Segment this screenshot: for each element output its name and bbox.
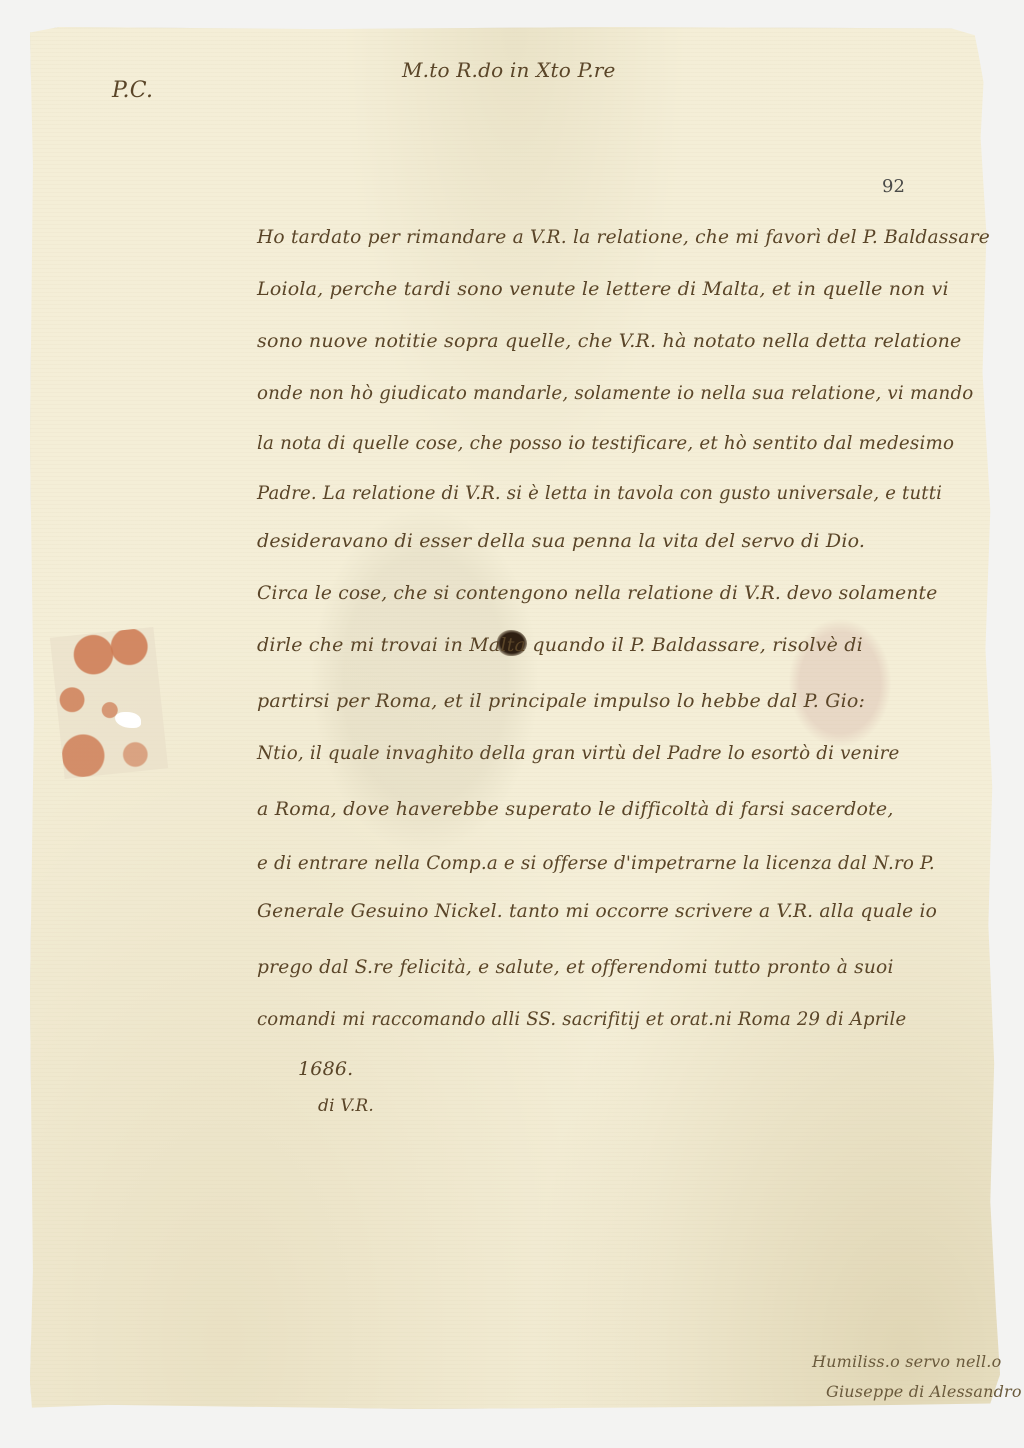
body-line-13: e di entrare nella Comp.a e si offerse d… bbox=[257, 852, 935, 874]
body-line-10: partirsi per Roma, et il principale impu… bbox=[257, 690, 865, 712]
folio-number: 92 bbox=[882, 176, 905, 197]
body-line-15: prego dal S.re felicità, e salute, et of… bbox=[257, 956, 894, 978]
salutation: M.to R.do in Xto P.re bbox=[402, 58, 616, 82]
signature-line-2: Giuseppe di Alessandro bbox=[826, 1382, 1022, 1401]
body-line-6: Padre. La relatione di V.R. si è letta i… bbox=[257, 482, 942, 504]
body-line-14: Generale Gesuino Nickel. tanto mi occorr… bbox=[257, 900, 937, 922]
signature-line-1: Humiliss.o servo nell.o bbox=[812, 1352, 1001, 1371]
body-line-5: la nota di quelle cose, che posso io tes… bbox=[257, 432, 954, 454]
body-line-7: desideravano di esser della sua penna la… bbox=[257, 530, 865, 552]
body-line-8: Circa le cose, che si contengono nella r… bbox=[257, 582, 937, 604]
date-year: 1686. bbox=[298, 1058, 353, 1080]
corner-mark: P.C. bbox=[112, 78, 153, 103]
body-line-16: comandi mi raccomando alli SS. sacrifiti… bbox=[257, 1008, 906, 1030]
body-line-12: a Roma, dove haverebbe superato le diffi… bbox=[257, 798, 894, 820]
body-line-11: Ntio, il quale invaghito della gran virt… bbox=[257, 742, 900, 764]
body-line-3: sono nuove notitie sopra quelle, che V.R… bbox=[257, 330, 962, 352]
wax-seal-remnant bbox=[50, 627, 168, 779]
body-line-4: onde non hò giudicato mandarle, solament… bbox=[257, 382, 973, 404]
scan-canvas: P.C. M.to R.do in Xto P.re 92 Ho tardato… bbox=[0, 0, 1024, 1448]
body-line-9: dirle che mi trovai in Malta quando il P… bbox=[257, 634, 863, 656]
body-line-1: Ho tardato per rimandare a V.R. la relat… bbox=[257, 226, 990, 248]
body-line-2: Loiola, perche tardi sono venute le lett… bbox=[257, 278, 949, 300]
closing: di V.R. bbox=[318, 1096, 374, 1116]
